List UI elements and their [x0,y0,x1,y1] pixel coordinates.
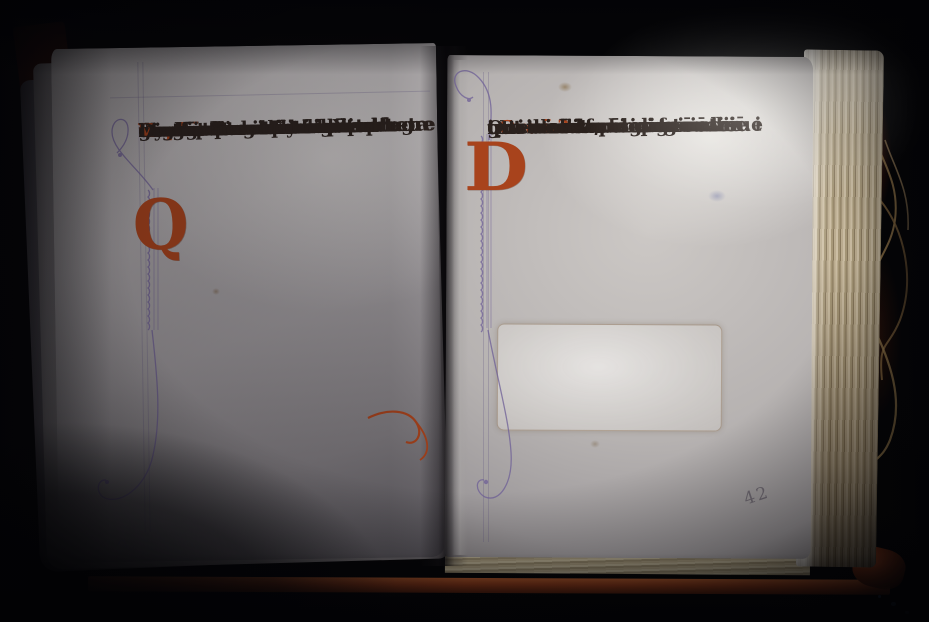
background-speck [878,595,881,598]
parchment-stain [212,288,220,295]
parchment-stain [558,82,572,92]
text-segment: Qui uiuis ⁊ regnas rc̄. [487,114,714,140]
erased-patch [497,323,723,431]
background-speck [891,602,896,606]
initial-letter-Q: Q [132,190,190,261]
manuscript-photo: Q D Assūpta est maria icelū gaudēt angel… [0,0,929,622]
binding-bottom-edge [88,576,890,594]
initial-letter-D: D [464,134,528,200]
text-segment: Domine exaudi [138,116,295,144]
background-speck [905,611,909,614]
parchment-stain [590,440,600,448]
parchment-stain [708,190,726,202]
